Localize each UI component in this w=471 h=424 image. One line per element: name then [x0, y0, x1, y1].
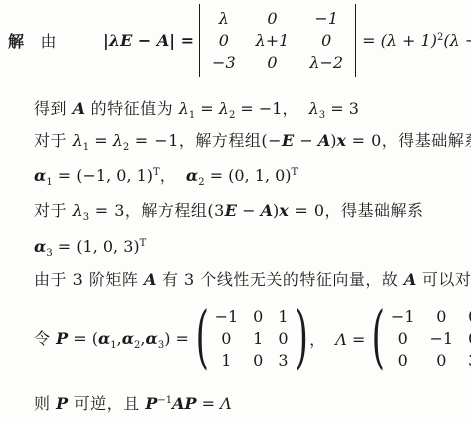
matrix-cell: −3	[212, 52, 236, 73]
p-definition-text: 令 P = (α1,α2,α3) =	[34, 326, 194, 351]
right-paren: )	[294, 306, 307, 371]
capital-lambda-symbol: Λ	[220, 394, 232, 413]
minus-sign: −	[294, 131, 318, 150]
matrix-cell: 0	[221, 328, 231, 349]
linear-algebra-solution-page: 解 由 |λE − A| = λ 0 −1 0 λ+1 0 −3 0 λ−2 =…	[0, 0, 471, 424]
equals: =	[89, 131, 113, 150]
alpha-symbol: α	[186, 166, 198, 185]
equals-open-paren: = (	[68, 329, 98, 348]
x-symbol: x	[279, 201, 289, 220]
text-run: 由于 3 阶矩阵	[34, 270, 144, 289]
diagonalizable-text: 由于 3 阶矩阵 A 有 3 个线性无关的特征向量，故 A 可以对角化	[34, 267, 471, 290]
matrix-cell: 0	[278, 328, 288, 349]
separator: ，	[309, 330, 335, 349]
matrix-cell: 1	[253, 328, 263, 349]
matrix-cell: λ+1	[256, 30, 290, 51]
alpha-symbol: α	[122, 329, 134, 348]
det-lhs-expression: |λE − A| =	[103, 31, 194, 50]
matrix-lambda: ( −1 0 0 0 −1 0 0 0 3 )	[370, 306, 471, 371]
matrix-P-symbol: P	[56, 329, 68, 348]
text-run: 令	[34, 329, 56, 348]
text-run: = 0，得基础解系	[346, 131, 471, 150]
determinant-grid: λ 0 −1 0 λ+1 0 −3 0 λ−2	[199, 4, 356, 77]
text-run: 可逆，且	[68, 394, 145, 413]
matrix-cell: 0	[436, 350, 446, 371]
alpha3-text: α3 = (1, 0, 3)T	[34, 237, 146, 259]
characteristic-polynomial-line: 解 由 |λE − A| = λ 0 −1 0 λ+1 0 −3 0 λ−2 =…	[8, 3, 471, 77]
matrix-cell: 0	[267, 8, 277, 29]
matrix-cell: 0	[436, 306, 446, 327]
determinant-matrix: λ 0 −1 0 λ+1 0 −3 0 λ−2	[199, 4, 356, 77]
matrix-A-symbol: A	[172, 394, 184, 413]
lambda-symbol: λ	[73, 201, 83, 220]
matrix-cell: 0	[253, 350, 263, 371]
matrix-cell: −1	[215, 306, 239, 327]
close-paren-equals: ) =	[164, 329, 194, 348]
matrix-A-symbol: A	[144, 270, 156, 289]
matrix-cell: 0	[321, 30, 331, 51]
eigenvector-case2-line: 对于 λ3 = 3，解方程组(3E − A)x = 0，得基础解系	[34, 198, 424, 223]
text-run: 有 3 个线性无关的特征向量，故	[156, 270, 404, 289]
alpha-symbol: α	[98, 329, 110, 348]
matrix-A-symbol: A	[404, 270, 416, 289]
text-run: 的特征值为	[85, 99, 179, 118]
vector-value: = (−1, 0, 1)	[53, 166, 153, 185]
matrix-E-symbol: E	[225, 201, 237, 220]
matrix-cell: −1	[430, 328, 454, 349]
matrix-cell: 0	[398, 328, 408, 349]
case1-text: 对于 λ1 = λ2 = −1，解方程组(−E − A)x = 0，得基础解系	[34, 128, 471, 153]
x-symbol: x	[336, 131, 346, 150]
text-run: 对于	[34, 201, 73, 220]
vector-value: = (0, 1, 0)	[205, 166, 292, 185]
text-run: 得到	[34, 99, 73, 118]
p-and-lambda-matrices-line: 令 P = (α1,α2,α3) = ( −1 0 1 0 1 0 1 0 3 …	[34, 300, 471, 376]
basis-vectors-line1: α1 = (−1, 0, 1)T， α2 = (0, 1, 0)T	[34, 163, 298, 188]
transpose-T: T	[292, 167, 299, 178]
matrix-A-symbol: A	[73, 99, 85, 118]
diagonalizable-statement-line: 由于 3 阶矩阵 A 有 3 个线性无关的特征向量，故 A 可以对角化	[34, 267, 471, 290]
lambda-definition-text: ， Λ =	[309, 327, 370, 350]
transpose-T: T	[153, 167, 160, 178]
char-poly-rhs: = (λ + 1)2(λ − 3) = 0	[362, 31, 471, 50]
matrix-P-symbol: P	[56, 394, 68, 413]
lambda-symbol: λ	[73, 131, 83, 150]
text-run: = −1，	[235, 99, 308, 118]
matrix-cell: 1	[278, 306, 288, 327]
given-word: 由	[41, 29, 58, 52]
rhs-left: = (λ + 1)	[362, 31, 437, 50]
matrix-cell: 0	[253, 306, 263, 327]
minus-sign: −	[237, 201, 261, 220]
transpose-T: T	[140, 238, 147, 249]
text-run: = 3	[325, 99, 359, 118]
matrix-cell: λ−2	[309, 52, 343, 73]
conclusion-line: 则 P 可逆，且 P−1AP = Λ	[34, 391, 232, 414]
basis-vector-line2: α3 = (1, 0, 3)T	[34, 237, 146, 259]
matrix-P-symbol: P	[145, 394, 157, 413]
case2-text: 对于 λ3 = 3，解方程组(3E − A)x = 0，得基础解系	[34, 198, 424, 223]
eigenvector-case1-line: 对于 λ1 = λ2 = −1，解方程组(−E − A)x = 0，得基础解系	[34, 128, 471, 153]
text-run: = −1，解方程组(−	[129, 131, 282, 150]
rhs-right: (λ − 3) = 0	[443, 31, 471, 50]
equals: =	[195, 99, 219, 118]
text-run: 可以对角化	[416, 270, 471, 289]
equals: =	[197, 394, 221, 413]
capital-lambda-symbol: Λ	[335, 330, 347, 349]
matrix-P-symbol: P	[185, 394, 197, 413]
left-paren: (	[372, 306, 385, 371]
matrix-cell: 3	[278, 350, 288, 371]
vector-value: = (1, 0, 3)	[53, 237, 140, 256]
conclusion-text: 则 P 可逆，且 P−1AP = Λ	[34, 391, 232, 414]
equals: =	[347, 330, 371, 349]
matrix-cell: −1	[314, 8, 338, 29]
left-paren: (	[196, 306, 209, 371]
alpha-symbol: α	[34, 166, 46, 185]
matrix-E-symbol: E	[282, 131, 294, 150]
alpha12-text: α1 = (−1, 0, 1)T， α2 = (0, 1, 0)T	[34, 163, 298, 188]
alpha-symbol: α	[34, 237, 46, 256]
lambda-symbol: λ	[219, 99, 229, 118]
inverse-exponent: −1	[157, 395, 172, 406]
matrix-cell: 0	[219, 30, 229, 51]
separator: ，	[160, 166, 186, 185]
matrix-cell: −1	[391, 306, 415, 327]
alpha-symbol: α	[146, 329, 158, 348]
matrix-A-symbol: A	[261, 201, 273, 220]
text-run: 则	[34, 394, 56, 413]
text-run: = 0，得基础解系	[289, 201, 424, 220]
matrix-lambda-grid: −1 0 0 0 −1 0 0 0 3	[387, 306, 471, 371]
matrix-p-grid: −1 0 1 0 1 0 1 0 3	[211, 306, 293, 371]
matrix-p: ( −1 0 1 0 1 0 1 0 3 )	[194, 306, 309, 371]
lambda-symbol: λ	[309, 99, 319, 118]
matrix-cell: 0	[398, 350, 408, 371]
matrix-cell: λ	[219, 8, 229, 29]
lambda-symbol: λ	[113, 131, 123, 150]
matrix-cell: 1	[221, 350, 231, 371]
lambda-symbol: λ	[179, 99, 189, 118]
eigenvalues-line: 得到 A 的特征值为 λ1 = λ2 = −1， λ3 = 3	[34, 96, 359, 121]
matrix-A-symbol: A	[318, 131, 330, 150]
eigenvalues-text: 得到 A 的特征值为 λ1 = λ2 = −1， λ3 = 3	[34, 96, 359, 121]
text-run: = 3，解方程组(3	[89, 201, 225, 220]
matrix-cell: 0	[267, 52, 277, 73]
text-run: 对于	[34, 131, 73, 150]
solution-label: 解	[8, 29, 25, 52]
